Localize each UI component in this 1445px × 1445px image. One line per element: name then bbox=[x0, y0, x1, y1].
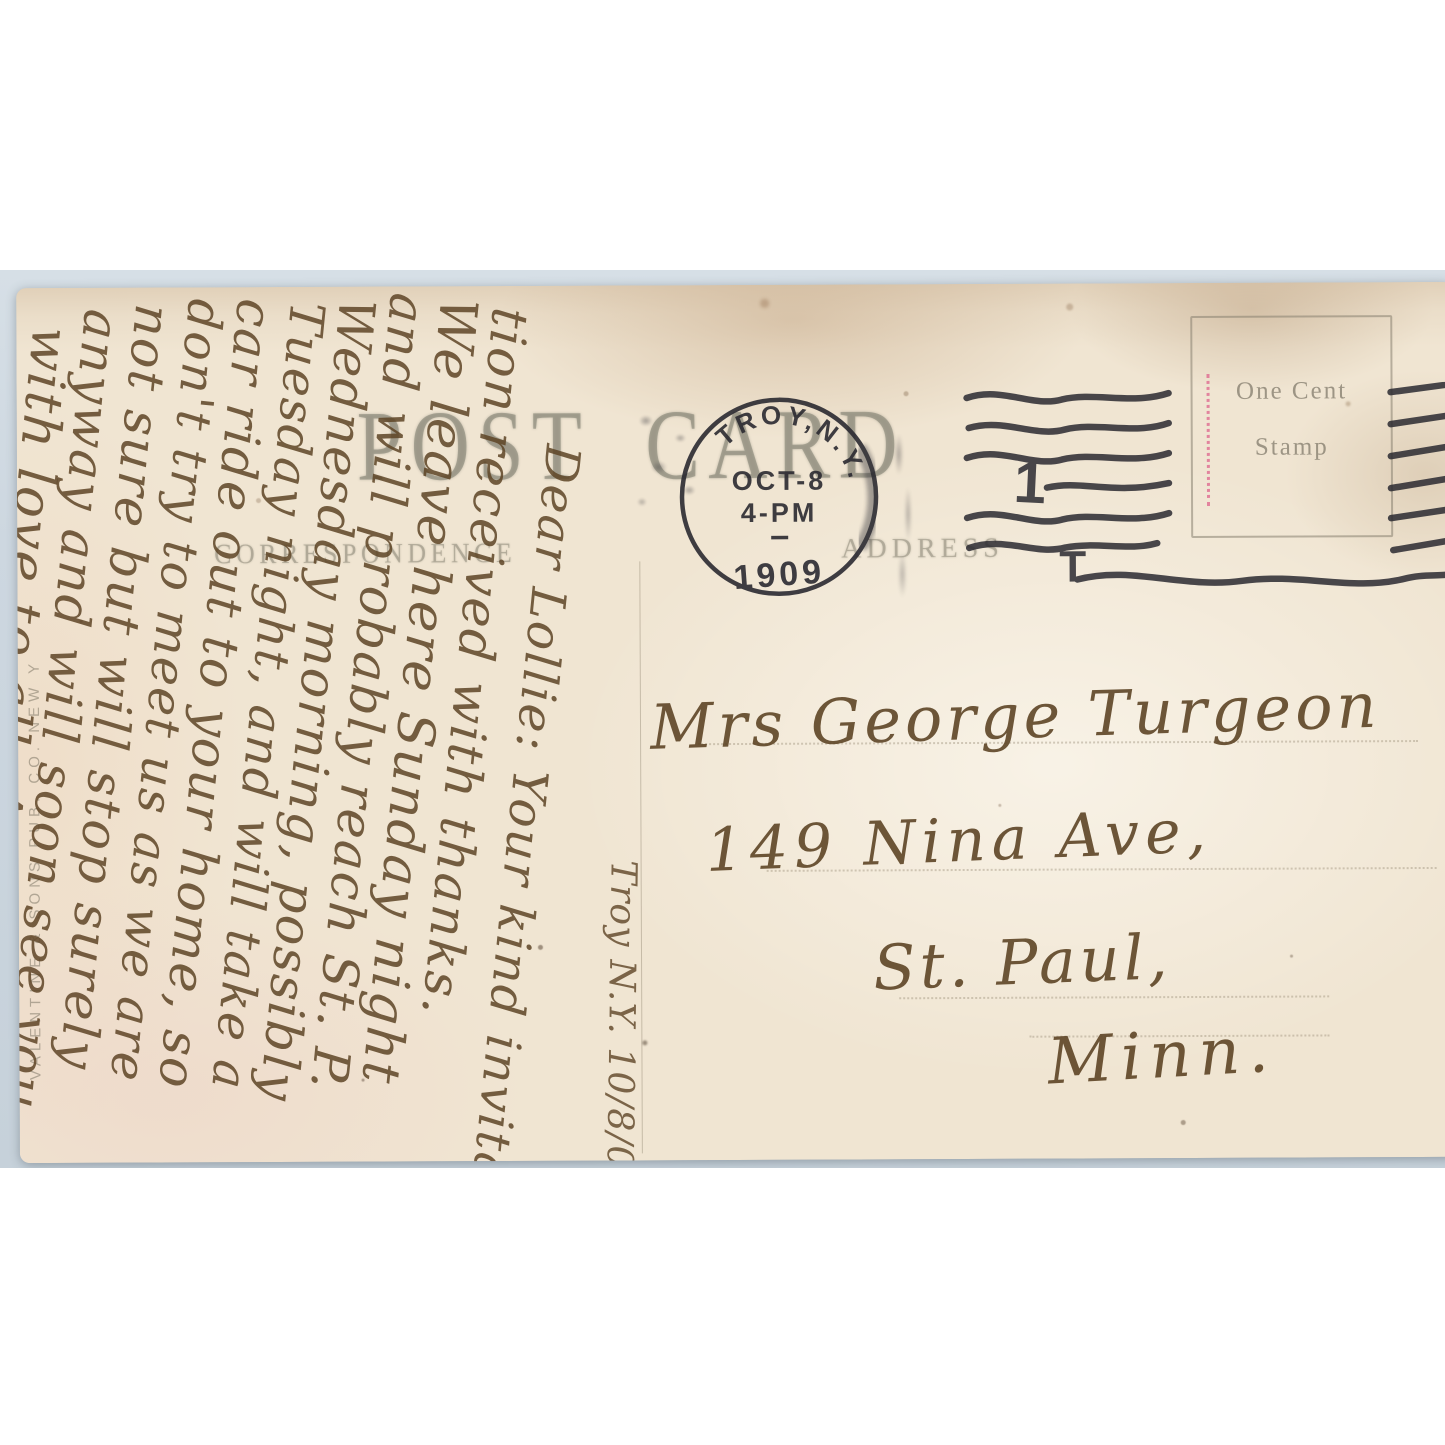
cancellation-letter: T bbox=[1059, 542, 1086, 591]
postmark-year: 1909 bbox=[732, 552, 826, 597]
postmark-time: 4-PM bbox=[741, 498, 818, 528]
cancellation-wavy-lines: 1 T bbox=[947, 382, 1445, 604]
address-line-street: 149 Nina Ave, bbox=[704, 796, 1213, 886]
postcard: POST CARD CORRESPONDENCE ADDRESS VALENTI… bbox=[16, 282, 1445, 1163]
message-date-line: Troy N.Y. 10/8/09 bbox=[598, 860, 643, 1163]
address-line-state: Minn. bbox=[1046, 1013, 1279, 1100]
screenshot-canvas: { "card": { "heading": "POST CARD", "cor… bbox=[0, 0, 1445, 1445]
postmark-spray bbox=[875, 414, 936, 614]
postcard-photo: POST CARD CORRESPONDENCE ADDRESS VALENTI… bbox=[0, 270, 1445, 1168]
postmark-smudge bbox=[629, 403, 716, 519]
postmark-dash bbox=[771, 536, 788, 540]
paper-specks bbox=[16, 288, 19, 291]
address-line-recipient: Mrs George Turgeon bbox=[649, 669, 1381, 764]
address-line-city: St. Paul, bbox=[872, 920, 1173, 1005]
cancellation-number: 1 bbox=[1012, 450, 1047, 516]
postmark-date: OCT-8 bbox=[732, 466, 827, 496]
